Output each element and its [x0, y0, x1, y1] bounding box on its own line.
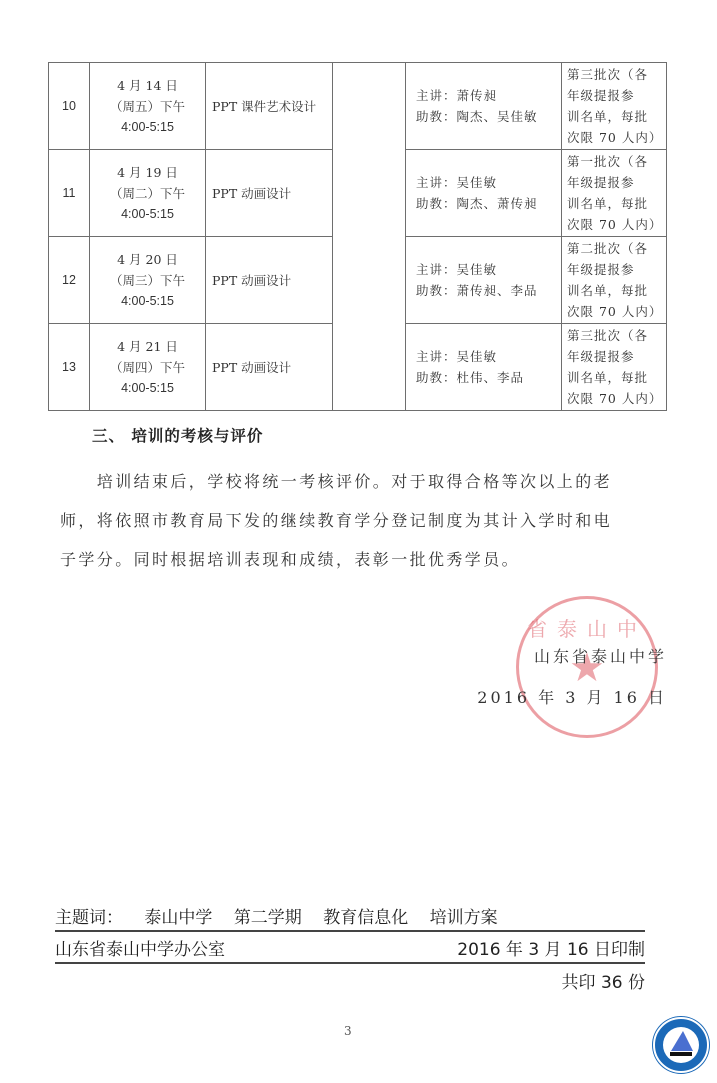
assistants: 助教：陶杰、萧传昶: [416, 193, 561, 214]
date-line: 4 月 20 日: [90, 249, 205, 270]
lecturer: 主讲：吴佳敏: [416, 259, 561, 280]
weekday-line: （周二）下午: [90, 183, 205, 204]
row-number: 12: [49, 237, 90, 324]
assistants: 助教：杜伟、李品: [416, 367, 561, 388]
paragraph-line: 子学分。同时根据培训表现和成绩，表彰一批优秀学员。: [60, 540, 660, 579]
keyword: 培训方案: [430, 908, 498, 928]
date-line: 4 月 21 日: [90, 336, 205, 357]
keywords-label: 主题词：: [55, 908, 123, 928]
section-paragraph: 培训结束后，学校将统一考核评价。对于取得合格等次以上的老 师，将依照市教育局下发…: [60, 462, 660, 579]
training-schedule-table: 10 4 月 14 日（周五）下午4:00-5:15 PPT 课件艺术设计 主讲…: [48, 62, 667, 411]
row-number: 10: [49, 63, 90, 150]
batch-line: 次限 70 人内）: [567, 388, 663, 409]
session-topic: PPT 动画设计: [206, 150, 333, 237]
time-line: 4:00-5:15: [90, 378, 205, 399]
assistants: 助教：陶杰、吴佳敏: [416, 106, 561, 127]
weekday-line: （周三）下午: [90, 270, 205, 291]
session-batch: 第三批次（各年级提报参训名单，每批次限 70 人内）: [562, 63, 667, 150]
merged-blank-cell: [333, 63, 406, 411]
batch-line: 次限 70 人内）: [567, 127, 663, 148]
session-date: 4 月 14 日（周五）下午4:00-5:15: [90, 63, 206, 150]
batch-line: 年级提报参: [567, 259, 663, 280]
session-staff: 主讲：萧传昶助教：陶杰、吴佳敏: [406, 63, 562, 150]
batch-line: 年级提报参: [567, 85, 663, 106]
section-heading: 三、 培训的考核与评价: [92, 424, 263, 446]
time-line: 4:00-5:15: [90, 204, 205, 225]
keywords-line: 主题词： 泰山中学 第二学期 教育信息化 培训方案: [55, 903, 645, 932]
batch-line: 第三批次（各: [567, 64, 663, 85]
official-seal-stamp: 省泰山中 ★: [516, 596, 658, 738]
logo-base-bar: [670, 1052, 692, 1056]
assistants: 助教：萧传昶、李品: [416, 280, 561, 301]
copies-count: 共印 36 份: [55, 968, 645, 993]
lecturer: 主讲：吴佳敏: [416, 346, 561, 367]
time-line: 4:00-5:15: [90, 117, 205, 138]
batch-line: 次限 70 人内）: [567, 214, 663, 235]
batch-line: 年级提报参: [567, 346, 663, 367]
print-date: 2016 年 3 月 16 日印制: [457, 935, 645, 960]
session-topic: PPT 动画设计: [206, 324, 333, 411]
session-topic: PPT 动画设计: [206, 237, 333, 324]
session-date: 4 月 20 日（周三）下午4:00-5:15: [90, 237, 206, 324]
time-line: 4:00-5:15: [90, 291, 205, 312]
batch-line: 训名单，每批: [567, 106, 663, 127]
batch-line: 训名单，每批: [567, 193, 663, 214]
logo-sail-shape: [671, 1031, 693, 1051]
page-number: 3: [344, 1024, 352, 1038]
print-info-line: 山东省泰山中学办公室 2016 年 3 月 16 日印制: [55, 935, 645, 964]
table-row: 10 4 月 14 日（周五）下午4:00-5:15 PPT 课件艺术设计 主讲…: [49, 63, 667, 150]
signature-org: 山东省泰山中学: [534, 644, 667, 667]
session-staff: 主讲：吴佳敏助教：陶杰、萧传昶: [406, 150, 562, 237]
batch-line: 年级提报参: [567, 172, 663, 193]
row-number: 11: [49, 150, 90, 237]
weekday-line: （周五）下午: [90, 96, 205, 117]
paragraph-line: 师，将依照市教育局下发的继续教育学分登记制度为其计入学时和电: [60, 501, 660, 540]
batch-line: 次限 70 人内）: [567, 301, 663, 322]
keyword: 第二学期: [234, 908, 302, 928]
batch-line: 训名单，每批: [567, 280, 663, 301]
keyword: 泰山中学: [144, 908, 212, 928]
session-batch: 第三批次（各年级提报参训名单，每批次限 70 人内）: [562, 324, 667, 411]
lecturer: 主讲：萧传昶: [416, 85, 561, 106]
signature-date: 2016 年 3 月 16 日: [477, 685, 667, 708]
stamp-text: 省泰山中: [519, 613, 655, 642]
session-date: 4 月 19 日（周二）下午4:00-5:15: [90, 150, 206, 237]
session-batch: 第一批次（各年级提报参训名单，每批次限 70 人内）: [562, 150, 667, 237]
school-logo-icon: [653, 1017, 709, 1073]
office-name: 山东省泰山中学办公室: [55, 935, 225, 960]
date-line: 4 月 14 日: [90, 75, 205, 96]
date-line: 4 月 19 日: [90, 162, 205, 183]
weekday-line: （周四）下午: [90, 357, 205, 378]
session-staff: 主讲：吴佳敏助教：杜伟、李品: [406, 324, 562, 411]
session-batch: 第二批次（各年级提报参训名单，每批次限 70 人内）: [562, 237, 667, 324]
paragraph-line: 培训结束后，学校将统一考核评价。对于取得合格等次以上的老: [60, 462, 660, 501]
batch-line: 第一批次（各: [567, 151, 663, 172]
session-staff: 主讲：吴佳敏助教：萧传昶、李品: [406, 237, 562, 324]
row-number: 13: [49, 324, 90, 411]
batch-line: 第三批次（各: [567, 325, 663, 346]
batch-line: 第二批次（各: [567, 238, 663, 259]
session-date: 4 月 21 日（周四）下午4:00-5:15: [90, 324, 206, 411]
batch-line: 训名单，每批: [567, 367, 663, 388]
keyword: 教育信息化: [323, 908, 408, 928]
lecturer: 主讲：吴佳敏: [416, 172, 561, 193]
session-topic: PPT 课件艺术设计: [206, 63, 333, 150]
